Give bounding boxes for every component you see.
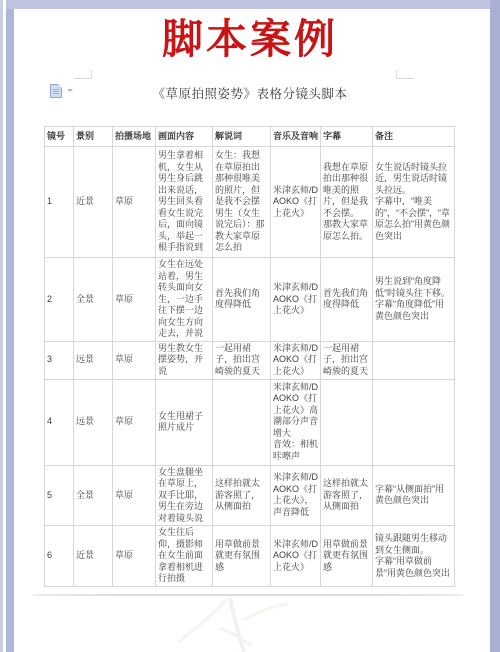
visual-content-cell: 男生拿着相机，女生从男生身后跳出来说话，男生回头看看女生说完后，面向镜头，举起一… (156, 147, 213, 258)
column-header-shot-type: 景别 (74, 127, 113, 147)
table-container: 镜号景别拍摄场地画面内容解说词音乐及音响字幕备注1近景草原男生拿着相机，女生从男… (44, 126, 455, 587)
visual-content-cell: 女生在远处站着，男生转头面向女生，一边手往下摆一边向女生方向走去，并说 (156, 258, 213, 342)
notes-cell: 字幕“从侧面拍”用黄色颜色突出 (373, 465, 455, 526)
narration-cell: 用草做前景就更有氛围感 (213, 526, 271, 587)
visual-content-cell: 女生甩裙子照片成片 (156, 379, 213, 465)
shot-type-cell: 远景 (74, 379, 113, 465)
shot-number-cell: 1 (45, 147, 74, 258)
table-row: 1近景草原男生拿着相机，女生从男生身后跳出来说话，男生回头看看女生说完后，面向镜… (45, 147, 455, 258)
table-row: 3远景草原男生教女生摆姿势，并说一起用裙子，拍出宫崎骏的夏天米津玄师/DAOKO… (45, 341, 455, 379)
header-row: 镜号景别拍摄场地画面内容解说词音乐及音响字幕备注 (45, 127, 455, 147)
shot-type-cell: 近景 (74, 526, 113, 587)
page-margin-mark-right (396, 70, 414, 79)
shot-number-cell: 2 (45, 258, 74, 342)
narration-cell (213, 379, 271, 465)
notes-cell: 镜头跟随男生移动到女生侧面。 字幕“用草做前景”用黄色颜色突出 (373, 526, 455, 587)
table-row: 4远景草原女生甩裙子照片成片米津玄师/DAOKO《打上花火》高潮部分声音增大 音… (45, 379, 455, 465)
shot-type-cell: 远景 (74, 341, 113, 379)
table-row: 2全景草原女生在远处站着，男生转头面向女生，一边手往下摆一边向女生方向走去，并说… (45, 258, 455, 342)
music-sound-cell: 米津玄师/DAOKO《打上花火》 (271, 526, 321, 587)
shot-number-cell: 5 (45, 465, 74, 526)
location-cell: 草原 (113, 465, 156, 526)
column-header-narration: 解说词 (213, 127, 271, 147)
subtitle-cell: 我想在草原拍出那种很唯美的照片，但是我不会摆。 那教大家草原怎么拍。 (321, 147, 373, 258)
notes-cell (373, 379, 455, 465)
location-cell: 草原 (113, 147, 156, 258)
table-row: 5全景草原女生盘腿坐在草原上，双手比耶，男生在旁边对着镜头说这样拍就太游客照了，… (45, 465, 455, 526)
visual-content-cell: 女生盘腿坐在草原上，双手比耶，男生在旁边对着镜头说 (156, 465, 213, 526)
shot-number-cell: 4 (45, 379, 74, 465)
music-sound-cell: 米津玄师/DAOKO《打上花火》 (271, 341, 321, 379)
music-sound-cell: 米津玄师/DAOKO《打上花火》 (271, 147, 321, 258)
music-sound-cell: 米津玄师/DAOKO《打上花火》高潮部分声音增大 音效：相机咔嚓声 (271, 379, 321, 465)
location-cell: 草原 (113, 526, 156, 587)
location-cell: 草原 (113, 379, 156, 465)
subtitle-cell: 首先我们角度得降低 (321, 258, 373, 342)
watermark-sketch (160, 598, 310, 652)
section-divider (33, 594, 463, 596)
subtitle-cell: 这样拍就太游客照了，从侧面拍 (321, 465, 373, 526)
shot-type-cell: 全景 (74, 258, 113, 342)
visual-content-cell: 女生往后仰，摄影师在女生前面拿着相机进行拍摄 (156, 526, 213, 587)
column-header-music-sound: 音乐及音响 (271, 127, 321, 147)
location-cell: 草原 (113, 258, 156, 342)
location-cell: 草原 (113, 341, 156, 379)
shot-type-cell: 近景 (74, 147, 113, 258)
page-margin-mark-left (74, 70, 92, 79)
notes-cell (373, 341, 455, 379)
page-title: 脚本案例 (0, 6, 500, 65)
music-sound-cell: 米津玄师/DAOKO《打上花火》 (271, 258, 321, 342)
shot-number-cell: 3 (45, 341, 74, 379)
notes-cell: 男生说到“角度降低”时镜头往下移。 字幕“角度降低”用黄色颜色突出 (373, 258, 455, 342)
storyboard-table: 镜号景别拍摄场地画面内容解说词音乐及音响字幕备注1近景草原男生拿着相机，女生从男… (44, 126, 455, 587)
column-header-location: 拍摄场地 (113, 127, 156, 147)
narration-cell: 首先我们角度得降低 (213, 258, 271, 342)
narration-cell: 一起用裙子，拍出宫崎骏的夏天 (213, 341, 271, 379)
table-row: 6近景草原女生往后仰，摄影师在女生前面拿着相机进行拍摄用草做前景就更有氛围感米津… (45, 526, 455, 587)
shot-number-cell: 6 (45, 526, 74, 587)
column-header-notes: 备注 (373, 127, 455, 147)
music-sound-cell: 米津玄师/DAOKO《打上花火》，声音降低 (271, 465, 321, 526)
visual-content-cell: 男生教女生摆姿势，并说 (156, 341, 213, 379)
notes-cell: 女生说话时镜头拉近，男生说话时镜头拉远。 字幕中，“唯美的”，“不会摆”，“草原… (373, 147, 455, 258)
subtitle-cell: 一起用裙子，拍出宫崎骏的夏天 (321, 341, 373, 379)
narration-cell: 这样拍就太游客照了，从侧面拍 (213, 465, 271, 526)
column-header-shot-number: 镜号 (45, 127, 74, 147)
column-header-visual-content: 画面内容 (156, 127, 213, 147)
document-subtitle: 《草原拍照姿势》表格分镜头脚本 (0, 84, 500, 102)
column-header-subtitle: 字幕 (321, 127, 373, 147)
subtitle-cell: 用草做前景就更有氛围感 (321, 526, 373, 587)
subtitle-cell (321, 379, 373, 465)
shot-type-cell: 全景 (74, 465, 113, 526)
narration-cell: 女生：我想在草原拍出那种很唯美的照片，但是我不会摆 男生（女生说完后）：那教大家… (213, 147, 271, 258)
